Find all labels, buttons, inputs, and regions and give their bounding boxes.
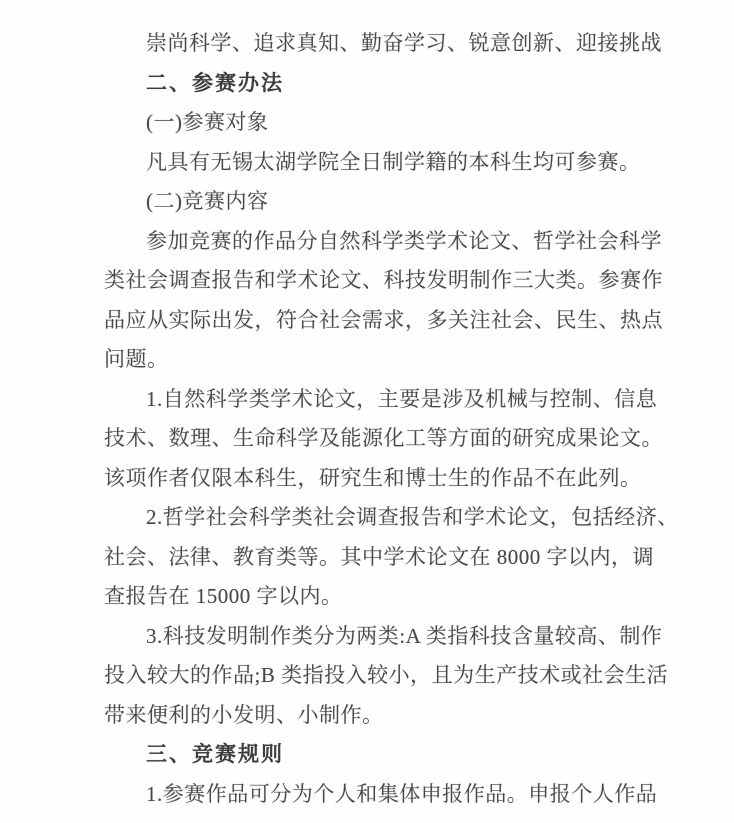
document-page: 崇尚科学、追求真知、勤奋学习、锐意创新、迎接挑战二、参赛办法(一)参赛对象凡具有… [0, 0, 734, 823]
text-line: 崇尚科学、追求真知、勤奋学习、锐意创新、迎接挑战 [104, 24, 670, 64]
text-line: 带来便利的小发明、小制作。 [104, 696, 670, 736]
text-line: 1.自然科学类学术论文，主要是涉及机械与控制、信息 [104, 380, 670, 420]
text-line: 凡具有无锡太湖学院全日制学籍的本科生均可参赛。 [104, 143, 670, 183]
text-line: 品应从实际出发，符合社会需求，多关注社会、民生、热点 [104, 301, 670, 341]
text-line: 1.参赛作品可分为个人和集体申报作品。申报个人作品 [104, 775, 670, 815]
text-line: 3.科技发明制作类分为两类:A 类指科技含量较高、制作 [104, 617, 670, 657]
text-line: 该项作者仅限本科生，研究生和博士生的作品不在此列。 [104, 459, 670, 499]
document-text-block: 崇尚科学、追求真知、勤奋学习、锐意创新、迎接挑战二、参赛办法(一)参赛对象凡具有… [104, 24, 670, 814]
text-line: 投入较大的作品;B 类指投入较小，且为生产技术或社会生活 [104, 656, 670, 696]
text-line: 类社会调查报告和学术论文、科技发明制作三大类。参赛作 [104, 261, 670, 301]
text-line: (一)参赛对象 [104, 103, 670, 143]
text-line: 查报告在 15000 字以内。 [104, 577, 670, 617]
text-line: 2.哲学社会科学类社会调查报告和学术论文，包括经济、 [104, 498, 670, 538]
text-line: 社会、法律、教育类等。其中学术论文在 8000 字以内，调 [104, 538, 670, 578]
section-heading: 二、参赛办法 [104, 64, 670, 104]
text-line: 技术、数理、生命科学及能源化工等方面的研究成果论文。 [104, 419, 670, 459]
text-line: 问题。 [104, 340, 670, 380]
text-line: (二)竞赛内容 [104, 182, 670, 222]
section-heading: 三、竞赛规则 [104, 735, 670, 775]
text-line: 参加竞赛的作品分自然科学类学术论文、哲学社会科学 [104, 222, 670, 262]
